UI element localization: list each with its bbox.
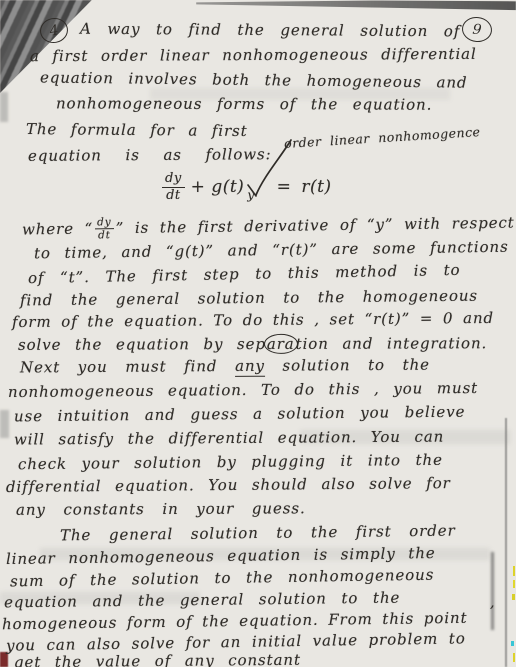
handwritten-line: to time, and “g(t)” and “r(t)” are some … bbox=[34, 239, 509, 262]
handwritten-line: will satisfy the differential equation. … bbox=[14, 428, 444, 448]
right-edge-smudge bbox=[491, 552, 494, 630]
handwritten-line: a first order linear nonhomogeneous diff… bbox=[30, 46, 477, 65]
inline-derivative-fraction: dydt bbox=[95, 217, 114, 241]
handwritten-line: equation involves both the homogeneous a… bbox=[40, 69, 468, 91]
formula-rhs: r(t) bbox=[301, 177, 331, 197]
line13-post: tion and integration. bbox=[296, 334, 488, 353]
handwritten-line: any constants in your guess. bbox=[16, 500, 306, 518]
handwritten-line: equation is as follows: bbox=[28, 146, 272, 164]
handwritten-line: Next you must find any solution to the bbox=[20, 357, 430, 376]
handwritten-line: sum of the solution to the nonhomogeneou… bbox=[10, 567, 434, 590]
handwritten-line: get the value of any constant bbox=[14, 652, 301, 667]
cyan-speck bbox=[511, 641, 514, 646]
left-edge-smudge bbox=[0, 92, 8, 122]
derivative-fraction: dy dt bbox=[162, 172, 185, 202]
fraction-numerator: dy bbox=[162, 172, 185, 188]
line14-post: solution to the bbox=[282, 356, 429, 375]
formula-middle: + g(t) bbox=[191, 177, 245, 197]
right-page-edge-line bbox=[505, 418, 507, 667]
handwritten-line: nonhomogeneous equation. To do this , yo… bbox=[8, 380, 478, 401]
inserted-phrase: order linear nonhomogence bbox=[284, 125, 481, 151]
line8-post: ” is the first derivative of “y” with re… bbox=[116, 214, 515, 238]
stray-comma-mark: , bbox=[490, 596, 495, 611]
yellow-speck bbox=[513, 566, 515, 576]
differential-equation-formula: dy dt + g(t) y = r(t) bbox=[162, 172, 332, 202]
page-number-right: 9 bbox=[461, 16, 493, 44]
line14-pre: Next you must find bbox=[20, 357, 218, 376]
scanned-notes-page: 4 9 A way to find the general solution o… bbox=[0, 0, 516, 667]
fraction-denominator: dt bbox=[166, 188, 181, 203]
handwritten-line: of “t”. The first step to this method is… bbox=[28, 262, 461, 287]
handwritten-line: equation and the general solution to the bbox=[4, 590, 400, 611]
handwritten-line: solve the equation by separation and int… bbox=[18, 335, 487, 353]
handwritten-line: use intuition and guess a solution you b… bbox=[14, 404, 465, 425]
page-number-right-value: 9 bbox=[472, 21, 483, 38]
page-number-left-value: 4 bbox=[48, 22, 60, 39]
formula-subscript-y: y bbox=[247, 188, 254, 202]
handwritten-line: homogeneous form of the equation. From t… bbox=[2, 610, 468, 633]
circled-correction: ara bbox=[264, 334, 298, 354]
handwritten-line: find the general solution to the homogen… bbox=[20, 288, 478, 309]
yellow-speck bbox=[513, 580, 515, 588]
formula-equals: = bbox=[277, 177, 292, 197]
underlined-word: any bbox=[235, 357, 265, 377]
handwritten-line: The formula for a first bbox=[26, 121, 248, 139]
left-edge-smudge bbox=[0, 410, 9, 438]
handwritten-line: differential equation. You should also s… bbox=[6, 475, 451, 495]
handwritten-line: linear nonhomogeneous equation is simply… bbox=[6, 545, 436, 567]
handwritten-line: check your solution by plugging it into … bbox=[18, 452, 443, 473]
line8-pre: where “ bbox=[22, 219, 93, 238]
handwritten-line: nonhomogeneous forms of the equation. bbox=[56, 95, 432, 113]
fraction-numerator: dy bbox=[95, 217, 114, 229]
handwritten-line: The general solution to the first order bbox=[60, 523, 456, 544]
yellow-speck bbox=[513, 653, 515, 662]
line13-pre: solve the equation by sep bbox=[18, 335, 266, 354]
handwritten-line: A way to find the general solution of bbox=[80, 21, 460, 40]
fraction-denominator: dt bbox=[98, 229, 111, 241]
handwritten-line: form of the equation. To do this , set “… bbox=[12, 310, 494, 331]
yellow-speck bbox=[512, 594, 515, 600]
top-scan-band-artifact bbox=[196, 0, 516, 11]
